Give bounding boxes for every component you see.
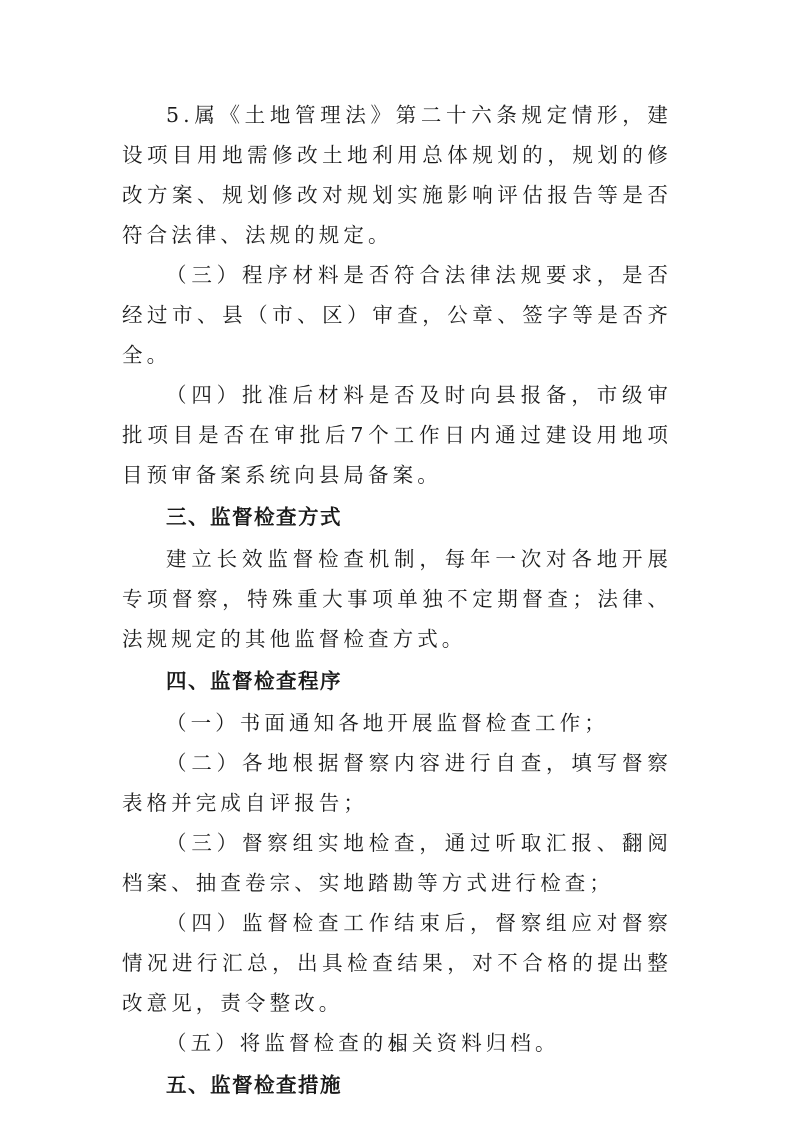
paragraph-item-5-land-law: 5.属《土地管理法》第二十六条规定情形，建设项目用地需修改土地利用总体规划的，规… <box>122 95 672 255</box>
section-heading-inspection-procedure: 四、监督检查程序 <box>122 659 672 703</box>
paragraph-inspection-mechanism: 建立长效监督检查机制，每年一次对各地开展专项督察，特殊重大事项单独不定期督查；法… <box>122 539 672 659</box>
paragraph-post-approval-filing: （四）批准后材料是否及时向县报备，市级审批项目是否在审批后7个工作日内通过建设用… <box>122 375 672 495</box>
paragraph-procedure-materials: （三）程序材料是否符合法律法规要求，是否经过市、县（市、区）审查，公章、签字等是… <box>122 255 672 375</box>
document-page: 5.属《土地管理法》第二十六条规定情形，建设项目用地需修改土地利用总体规划的，规… <box>122 95 672 1107</box>
page-number: 23 <box>0 1040 793 1056</box>
paragraph-procedure-step-3: （三）督察组实地检查，通过听取汇报、翻阅档案、抽查卷宗、实地踏勘等方式进行检查； <box>122 823 672 903</box>
paragraph-procedure-step-1: （一）书面通知各地开展监督检查工作； <box>122 703 672 743</box>
section-heading-inspection-methods: 三、监督检查方式 <box>122 495 672 539</box>
paragraph-procedure-step-4: （四）监督检查工作结束后，督察组应对督察情况进行汇总，出具检查结果，对不合格的提… <box>122 903 672 1023</box>
paragraph-procedure-step-2: （二）各地根据督察内容进行自查，填写督察表格并完成自评报告； <box>122 743 672 823</box>
section-heading-inspection-measures: 五、监督检查措施 <box>122 1063 672 1107</box>
